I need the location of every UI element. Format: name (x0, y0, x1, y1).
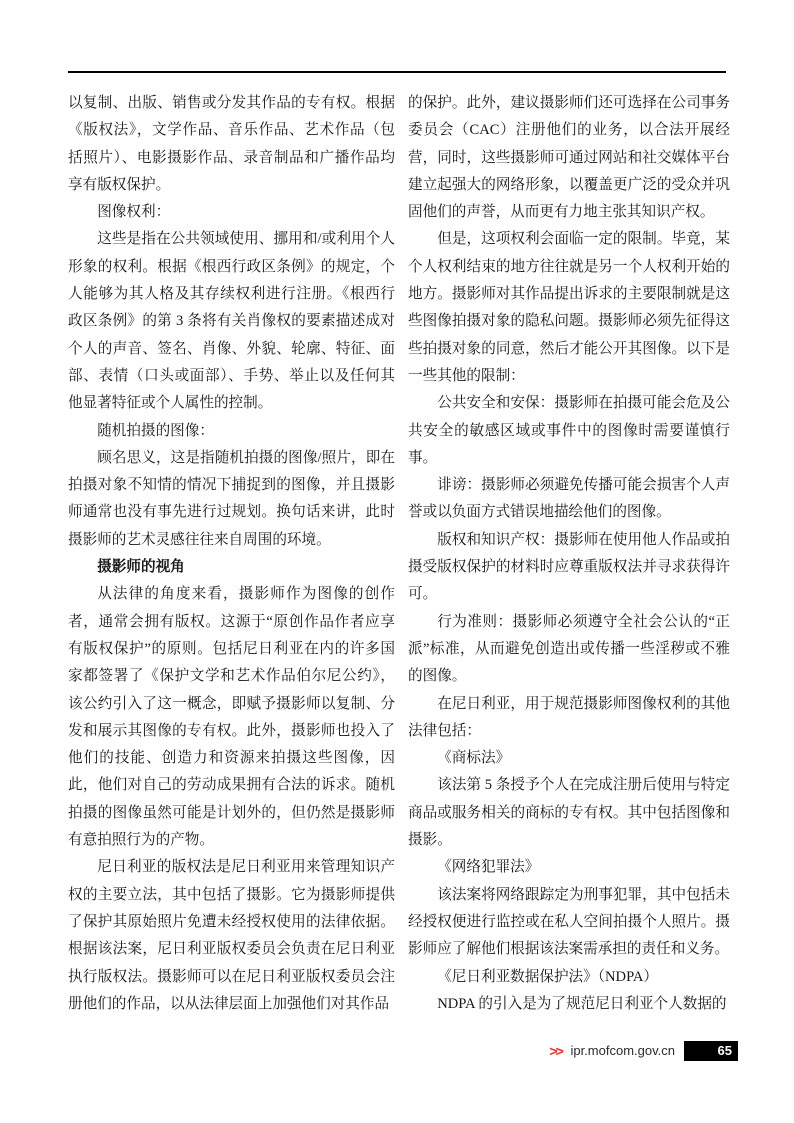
paragraph: 行为准则：摄影师必须遵守全社会公认的“正派”标准，从而避免创造出或传播一些淫秽或… (408, 609, 730, 691)
paragraph: 尼日利亚的版权法是尼日利亚用来管理知识产权的主要立法，其中包括了摄影。它为摄影师… (68, 854, 395, 1018)
paragraph: 该法案将网络跟踪定为刑事犯罪，其中包括未经授权便进行监控或在私人空间拍摄个人照片… (408, 882, 730, 964)
paragraph: 版权和知识产权：摄影师在使用他人作品或拍摄受版权保护的材料时应尊重版权法并寻求获… (408, 527, 730, 609)
paragraph: 《尼日利亚数据保护法》（NDPA） (408, 964, 730, 991)
paragraph: 以复制、出版、销售或分发其作品的专有权。根据《版权法》，文学作品、音乐作品、艺术… (68, 90, 395, 199)
footer-site-url: ipr.mofcom.gov.cn (570, 1044, 675, 1057)
page-number: 65 (718, 1043, 732, 1058)
page-body: 以复制、出版、销售或分发其作品的专有权。根据《版权法》，文学作品、音乐作品、艺术… (68, 90, 730, 1018)
paragraph: 从法律的角度来看，摄影师作为图像的创作者，通常会拥有版权。这源于“原创作品作者应… (68, 581, 395, 854)
header-rule (68, 71, 726, 73)
paragraph: 诽谤：摄影师必须避免传播可能会损害个人声誉或以负面方式错误地描绘他们的图像。 (408, 472, 730, 527)
paragraph: 的保护。此外，建议摄影师们还可选择在公司事务委员会（CAC）注册他们的业务，以合… (408, 90, 730, 226)
paragraph: 在尼日利亚，用于规范摄影师图像权利的其他法律包括： (408, 691, 730, 746)
section-heading: 摄影师的视角 (68, 554, 395, 581)
right-column: 的保护。此外，建议摄影师们还可选择在公司事务委员会（CAC）注册他们的业务，以合… (408, 90, 730, 1018)
chevron-right-icon: >> (549, 1044, 561, 1058)
paragraph: 该法第 5 条授予个人在完成注册后使用与特定商品或服务相关的商标的专有权。其中包… (408, 772, 730, 854)
paragraph: 这些是指在公共领域使用、挪用和/或利用个人形象的权利。根据《根西行政区条例》的规… (68, 226, 395, 417)
page-footer: >> ipr.mofcom.gov.cn 65 (549, 1040, 738, 1061)
paragraph: NDPA 的引入是为了规范尼日利亚个人数据的 (408, 991, 730, 1018)
left-column: 以复制、出版、销售或分发其作品的专有权。根据《版权法》，文学作品、音乐作品、艺术… (68, 90, 395, 1018)
paragraph: 公共安全和安保：摄影师在拍摄可能会危及公共安全的敏感区域或事件中的图像时需要谨慎… (408, 390, 730, 472)
paragraph: 《商标法》 (408, 745, 730, 772)
paragraph: 图像权利： (68, 199, 395, 226)
paragraph: 随机拍摄的图像： (68, 418, 395, 445)
paragraph: 顾名思义，这是指随机拍摄的图像/照片，即在拍摄对象不知情的情况下捕捉到的图像，并… (68, 445, 395, 554)
paragraph: 《网络犯罪法》 (408, 854, 730, 881)
page-number-badge: 65 (684, 1041, 738, 1061)
paragraph: 但是，这项权利会面临一定的限制。毕竟，某个人权利结束的地方往往就是另一个人权利开… (408, 226, 730, 390)
